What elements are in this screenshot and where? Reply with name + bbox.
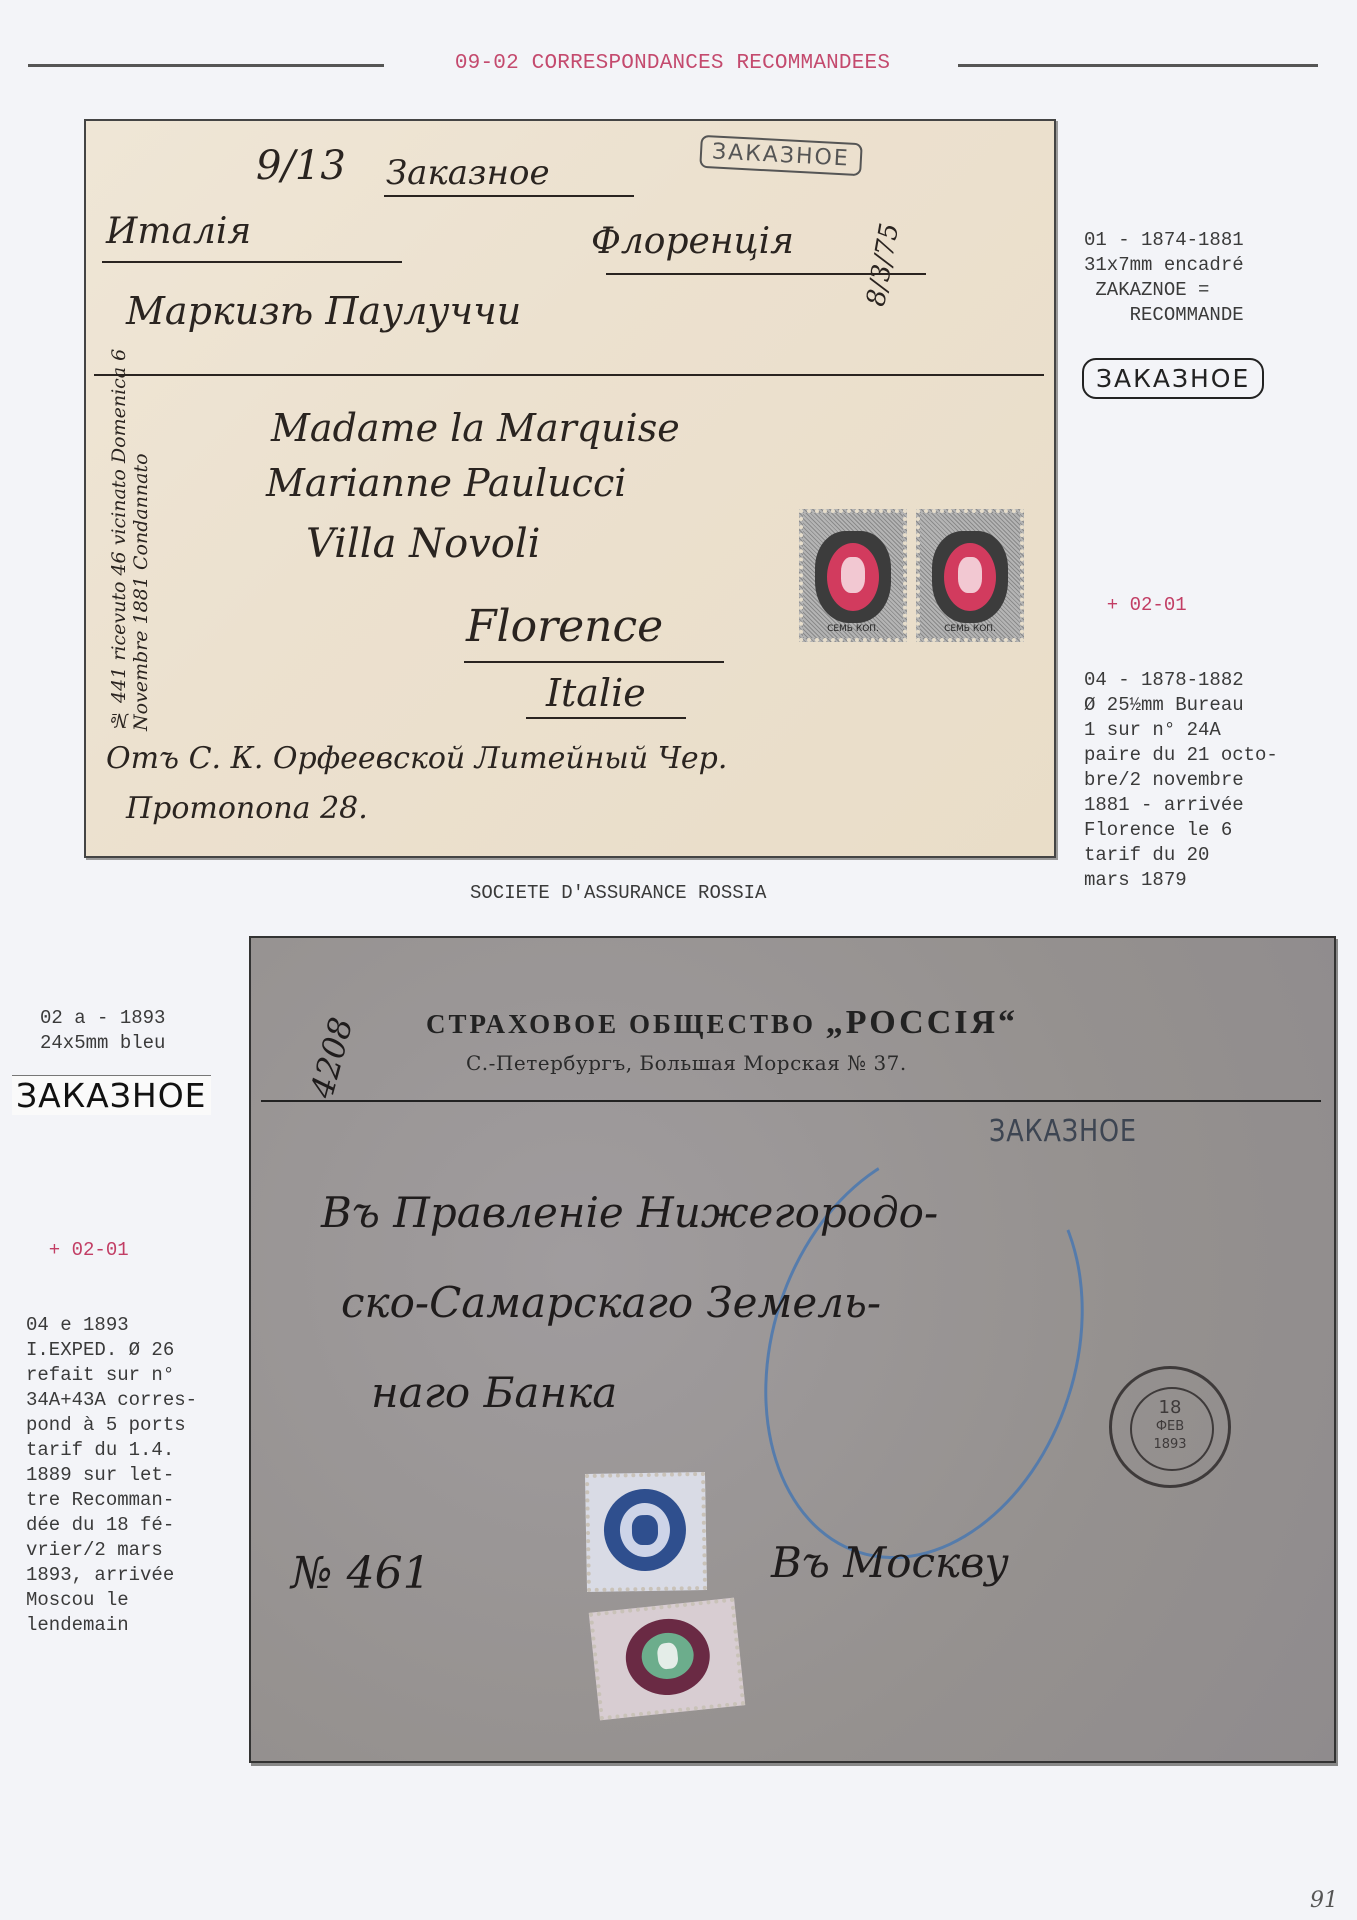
letterhead-rule: [261, 1100, 1321, 1102]
registration-handstamp-blue: ЗАКАЗНОЕ: [989, 1114, 1137, 1149]
underline: [102, 261, 402, 263]
handwritten-line-1: Въ Правленіе Нижегородо-: [321, 1188, 938, 1237]
note-type-02a: 02 a - 189324x5mm bleu: [40, 1006, 165, 1056]
letterhead-address: С.-Петербургъ, Большая Морская № 37.: [466, 1051, 907, 1075]
note-postmark-04e: + 02-01 04 e 1893I.EXPED. Ø 26refait sur…: [26, 1188, 197, 1663]
handwritten-sender-2: Протопопа 28.: [126, 791, 368, 826]
stamp-7-kop-blue: [585, 1472, 707, 1592]
handwritten-side-number: 4208: [303, 1013, 361, 1101]
note-postmark-04: + 02-01 04 - 1878-1882Ø 25½mm Bureau1 su…: [1084, 543, 1278, 918]
handwritten-number: 9/13: [256, 143, 346, 189]
note-type-01: 01 - 1874-188131x7mm encadré ZAKAZNOE = …: [1084, 228, 1244, 328]
divider-line: [94, 374, 1044, 376]
stamp-7-kop-left: СЕМЬ КОП.: [799, 509, 907, 642]
handwritten-city: Флоренція: [591, 221, 794, 262]
blue-crayon-numeral: [713, 1101, 1136, 1601]
cross-reference: + 02-01: [1084, 593, 1278, 618]
postmark-st-petersburg: 18 ФЕВ 1893: [1109, 1366, 1231, 1488]
underline: [464, 661, 724, 663]
header-rule-left: [28, 64, 384, 67]
handwritten-addressee-ru: Маркизѣ Паулуччи: [126, 289, 521, 333]
page-number: 91: [1310, 1888, 1338, 1913]
cross-reference: + 02-01: [26, 1238, 197, 1263]
handwritten-address-5: Italie: [546, 671, 646, 715]
margin-mark: 8/3/75: [861, 221, 905, 309]
handwritten-address-2: Marianne Paulucci: [266, 461, 626, 505]
zakaznoe-blue-example: ЗАКАЗНОЕ: [12, 1075, 211, 1115]
handwritten-side-note: № 441 ricevuto 46 vicinato Domenica 6 No…: [108, 311, 138, 731]
handwritten-city: Въ Москву: [771, 1538, 1009, 1587]
header-rule-right: [958, 64, 1318, 67]
handwritten-line-3: наго Банка: [371, 1368, 617, 1417]
letterhead-main: СТРАХОВОЕ ОБЩЕСТВО „РОССІЯ“: [426, 1004, 1018, 1042]
cover-1893-rossia: СТРАХОВОЕ ОБЩЕСТВО „РОССІЯ“ С.-Петербург…: [249, 936, 1336, 1763]
underline: [526, 717, 686, 719]
page-title: 09-02 CORRESPONDANCES RECOMMANDEES: [395, 52, 950, 75]
registration-handstamp: ЗАКАЗНОЕ: [699, 135, 862, 176]
section-caption: SOCIETE D'ASSURANCE ROSSIA: [470, 881, 766, 906]
handwritten-sender-1: Отъ С. К. Орфеевской Литейный Чер.: [106, 741, 727, 776]
zakaznoe-framed-example: ЗАКАЗНОЕ: [1082, 358, 1264, 399]
stamp-7-kop-right: СЕМЬ КОП.: [916, 509, 1024, 642]
handwritten-registered: Заказное: [386, 153, 550, 193]
stamp-35-kop: [589, 1598, 745, 1721]
handwritten-address-4: Florence: [466, 601, 663, 652]
cover-1874-florence: 9/13 Заказное ЗАКАЗНОЕ Италія Флоренція …: [84, 119, 1056, 858]
handwritten-country: Италія: [106, 211, 251, 252]
handwritten-number: № 461: [291, 1548, 431, 1599]
handwritten-address-3: Villa Novoli: [306, 521, 540, 567]
underline: [384, 195, 634, 197]
handwritten-address-1: Madame la Marquise: [271, 406, 680, 450]
handwritten-line-2: ско-Самарскаго Земель-: [341, 1278, 881, 1327]
